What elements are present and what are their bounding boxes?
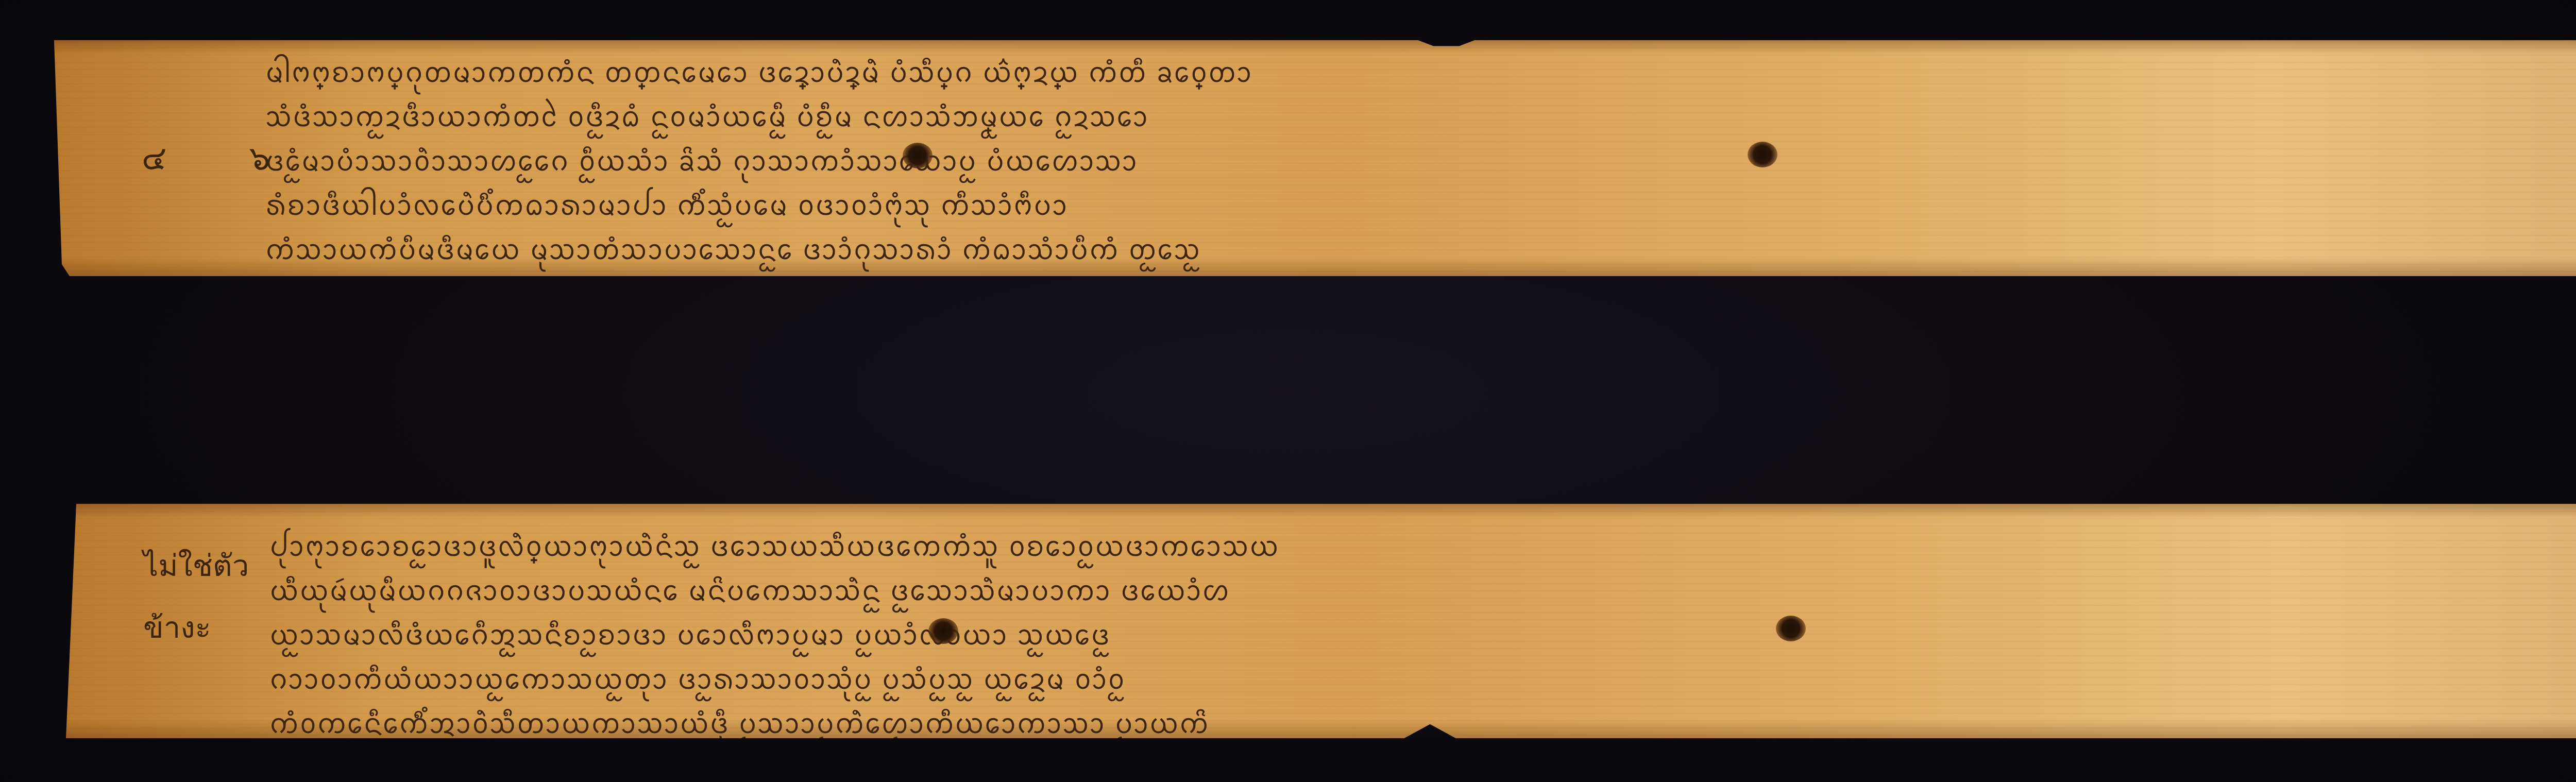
binding-hole-icon — [928, 618, 958, 644]
annotation-line-1: ไม่ใช่ตัว — [143, 535, 249, 597]
palm-leaf-folio-top: ๔ ๖ ᨾᩤᨻ᩠ᨻᨧᩣᨻ᩠ᨷᨣᩩᨲᨾᩣᨠᨲᨠᩴᨶ ᨲ᩠ᨲᨶᩮᨾᩮᩣ ᨴᩮ᩠ᨯᩣᨷ… — [54, 40, 2576, 276]
text-line: ᨠᩴᩈᩣᨿᨠᩴᨷᩥᨾᨴᩥᨾᩮᨿ ᨾᩩᩈᩣᨲᩴᩈᩣᨷᩣᩮᩈᩣᨶᩬᩮ ᨴᩣᩣᩴᨣᩩᩈ… — [265, 228, 2388, 272]
binding-hole-icon — [1776, 616, 1806, 641]
binding-hole-icon — [903, 143, 933, 168]
annotation-line-2: ข้างะ — [143, 597, 249, 658]
text-line: ᨣᩣᩣᩅᩣᨠᩥᨿᩴᨿᩣᩣᨿᩬᩮᨠᩣᩈᨿᩬᨲᩩᩣ ᨴᩣᩬᩁᩣᩈᩣᩅᩣᩈᩩᩴᨷᩬ ᨷ… — [269, 657, 2402, 702]
palm-leaf-folio-bottom: ไม่ใช่ตัว ข้างะ ᨸᩩᩣᨻᩩᩣᨧᩮᩣᨧᩮᩬᩣᨴᩣᨴᩪᩃᩫ᩠ᩅᨿᩣᨻ… — [66, 504, 2576, 738]
text-line: ᨿᩬᩣᩈᨾᩣᩃᩥᨴᩴᨿᩮᨣᩥᩋᩬᩈᨶᩥᨧᩣᩬᨧᩣᨴᩣ ᨷᩮᩣᩃᩥᨻᩣᨷᩬᨾᩣ ᨷ… — [269, 613, 2402, 657]
text-line: ᨿᩥᨿᩩᨾᩢᨿᩩᨾᩥᨿᨣᨣᨩᩣᩅᩣᨴᩣᨷᩈᨿᩴᨶᩮ ᨾᨶᩦᨷᩮᨠᩈᩣᩈᩫᨶᩬ ᨴ… — [269, 569, 2402, 613]
text-line: ᩈᩴᨴᩴᩈᩣᨠᩬᨯᨴᩥᩣᨿᩣᨠᩴᨲᩱ ᩅᨴᩥᩬᨯᨵᩴ ᨶᩬᩅᨾᩣᩴᨿᩮᨾᩥᩬ ᨷ… — [265, 95, 2388, 139]
text-line: ᨸᩩᩣᨻᩩᩣᨧᩮᩣᨧᩮᩬᩣᨴᩣᨴᩪᩃᩫ᩠ᩅᨿᩣᨻᩩᩣᨿᩫᨶᩴᩈᩬ ᨴᩮᩣᩈᨿᩈᩥ… — [269, 524, 2402, 569]
text-line: ᨠᩴᩅᨠᩮᨶᩥᩮᨠᩥᩴᩋᩣᩅᩫᩈᩥᨲᩣᨿᨠᩣᩈᩣᨿᩴᨴᩩᩥ ᨷᩬᩈᩣᩣᨷᩬᨠᩫᩮ… — [269, 702, 2402, 738]
manuscript-text-bottom: ᨸᩩᩣᨻᩩᩣᨧᩮᩣᨧᩮᩬᩣᨴᩣᨴᩪᩃᩫ᩠ᩅᨿᩣᨻᩩᩣᨿᩫᨶᩴᩈᩬ ᨴᩮᩣᩈᨿᩈᩥ… — [269, 524, 2402, 738]
manuscript-text-top: ᨾᩤᨻ᩠ᨻᨧᩣᨻ᩠ᨷᨣᩩᨲᨾᩣᨠᨲᨠᩴᨶ ᨲ᩠ᨲᨶᩮᨾᩮᩣ ᨴᩮ᩠ᨯᩣᨷᩫ᩠ᨯᨾ… — [265, 50, 2388, 272]
marginal-annotation: ไม่ใช่ตัว ข้างะ — [143, 535, 249, 658]
text-line: ᨾᩤᨻ᩠ᨻᨧᩣᨻ᩠ᨷᨣᩩᨲᨾᩣᨠᨲᨠᩴᨶ ᨲ᩠ᨲᨶᩮᨾᩮᩣ ᨴᩮ᩠ᨯᩣᨷᩫ᩠ᨯᨾ… — [265, 50, 2388, 95]
text-line: ᨴᩮᩬᩴᨾᩣᨷᩴᩣᩈᩣᩅᩫᩣᩈᩣᩉᩮᩬᩮᨣ ᩅᩥᩬᨿᩈᩴᩣ ᨡᩦᩈᩴ ᨣᩩᩣᩈᩣ… — [265, 139, 2388, 183]
binding-hole-icon — [1748, 142, 1777, 167]
text-line: ᩁᩴᨧᩣᨴᩥᨿᩤᨷᩣᩴᩃᩮᨷᩫᨷᩥᩴᨠᨵᩣᩁᩣᨾᩣᨸᩣ ᨠᩥᩴᩈᩬᩴᨷᩮᨾ ᩅᨴ… — [265, 183, 2388, 228]
